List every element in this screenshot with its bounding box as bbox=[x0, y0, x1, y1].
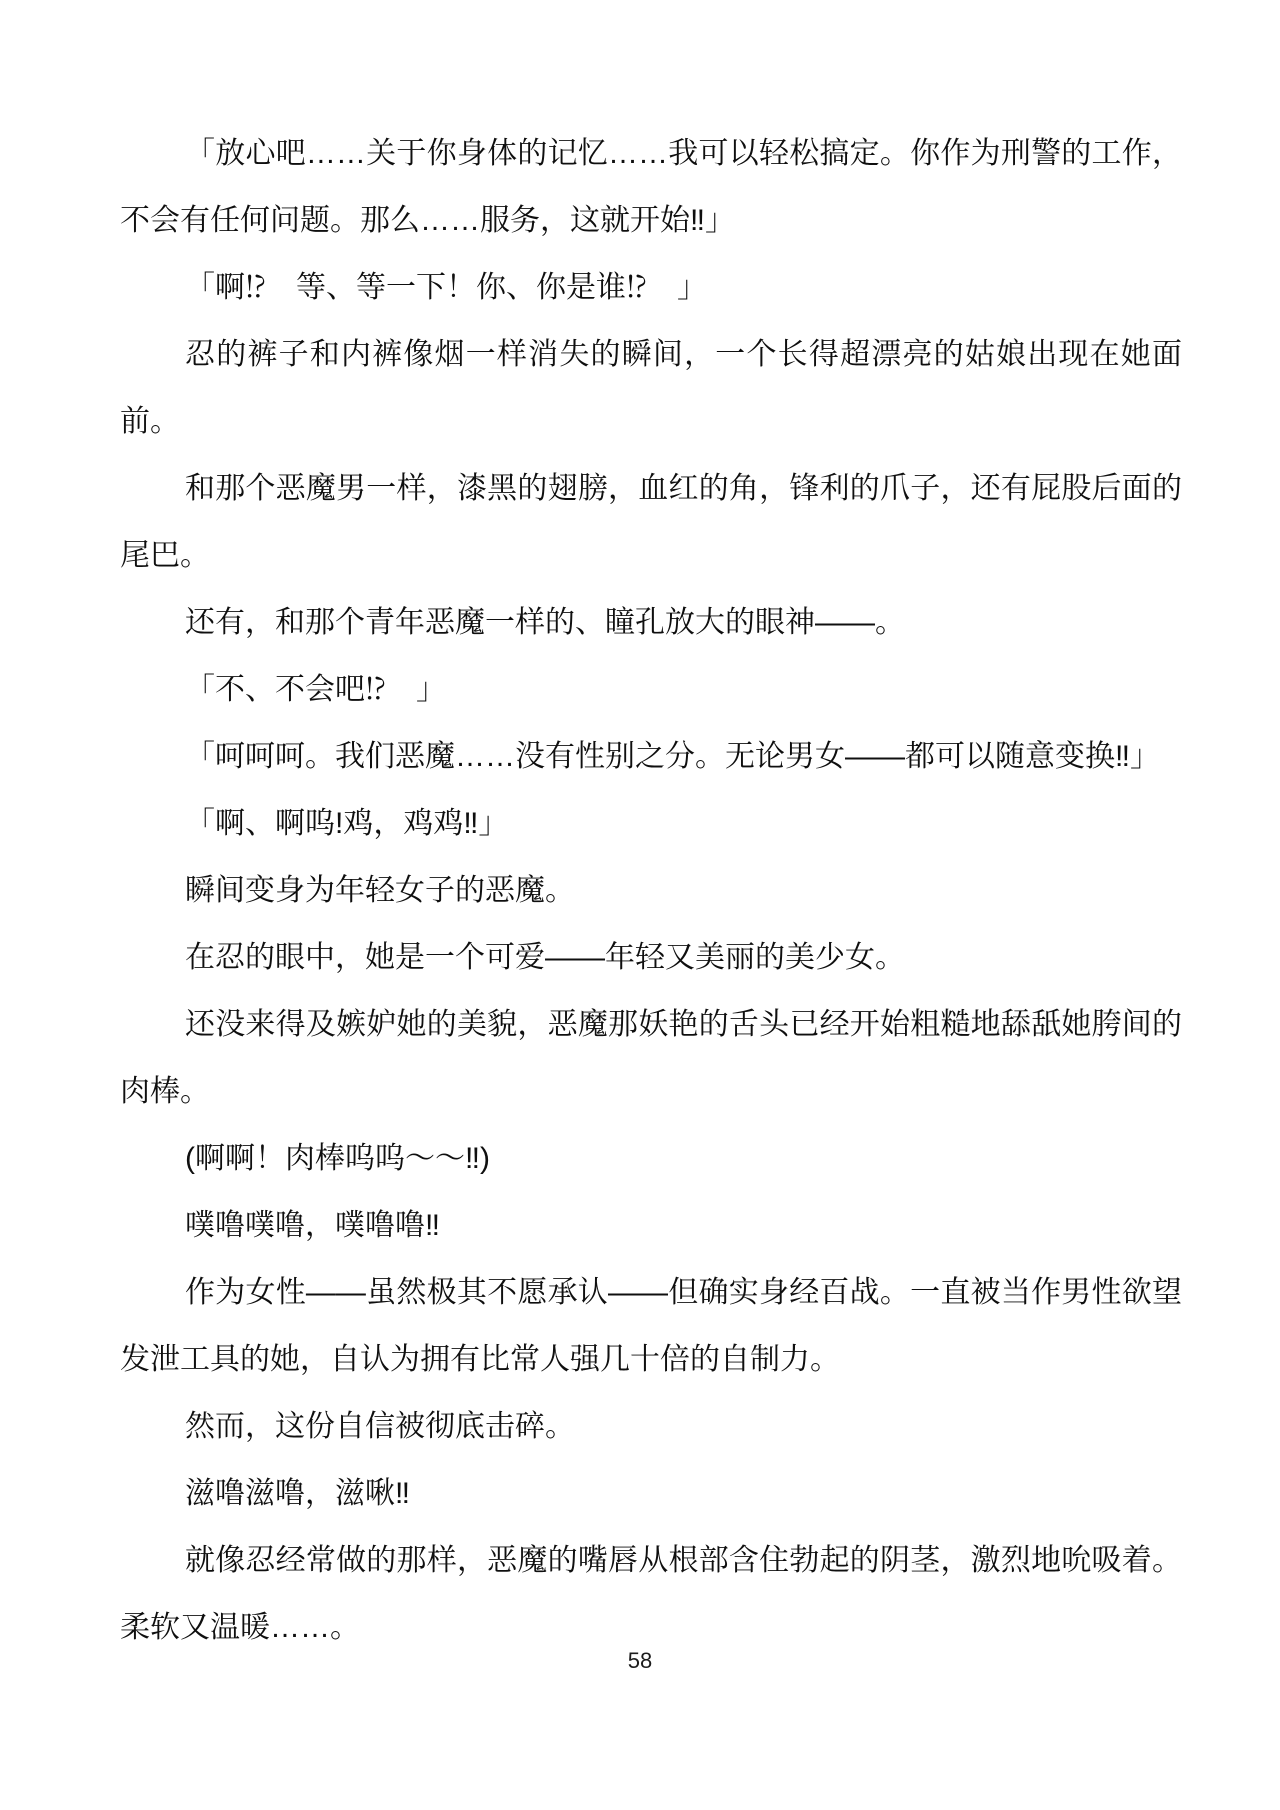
page-footer: 58 bbox=[0, 1648, 1280, 1674]
paragraph: 和那个恶魔男一样，漆黑的翅膀，血红的角，锋利的爪子，还有屁股后面的尾巴。 bbox=[120, 455, 1182, 589]
paragraph: 「啊、啊呜!鸡，鸡鸡‼」 bbox=[120, 790, 1182, 857]
paragraph: 「不、不会吧⁉ 」 bbox=[120, 656, 1182, 723]
novel-text-block: 「放心吧……关于你身体的记忆……我可以轻松搞定。你作为刑警的工作，不会有任何问题… bbox=[120, 120, 1182, 1661]
paragraph: (啊啊！肉棒呜呜～～‼) bbox=[120, 1125, 1182, 1192]
paragraph: 还没来得及嫉妒她的美貌，恶魔那妖艳的舌头已经开始粗糙地舔舐她胯间的肉棒。 bbox=[120, 991, 1182, 1125]
paragraph: 滋噜滋噜，滋啾‼ bbox=[120, 1460, 1182, 1527]
paragraph: 还有，和那个青年恶魔一样的、瞳孔放大的眼神——。 bbox=[120, 589, 1182, 656]
paragraph: 「放心吧……关于你身体的记忆……我可以轻松搞定。你作为刑警的工作，不会有任何问题… bbox=[120, 120, 1182, 254]
paragraph: 在忍的眼中，她是一个可爱——年轻又美丽的美少女。 bbox=[120, 924, 1182, 991]
paragraph: 噗噜噗噜，噗噜噜‼ bbox=[120, 1192, 1182, 1259]
page-number: 58 bbox=[628, 1648, 652, 1673]
paragraph: 就像忍经常做的那样，恶魔的嘴唇从根部含住勃起的阴茎，激烈地吮吸着。柔软又温暖……… bbox=[120, 1527, 1182, 1661]
paragraph: 然而，这份自信被彻底击碎。 bbox=[120, 1393, 1182, 1460]
paragraph: 忍的裤子和内裤像烟一样消失的瞬间，一个长得超漂亮的姑娘出现在她面前。 bbox=[120, 321, 1182, 455]
paragraph: 瞬间变身为年轻女子的恶魔。 bbox=[120, 857, 1182, 924]
paragraph: 作为女性——虽然极其不愿承认——但确实身经百战。一直被当作男性欲望发泄工具的她，… bbox=[120, 1259, 1182, 1393]
document-page: 「放心吧……关于你身体的记忆……我可以轻松搞定。你作为刑警的工作，不会有任何问题… bbox=[0, 0, 1280, 1810]
paragraph: 「呵呵呵。我们恶魔……没有性别之分。无论男女——都可以随意变换‼」 bbox=[120, 723, 1182, 790]
paragraph: 「啊⁉ 等、等一下！你、你是谁⁉ 」 bbox=[120, 254, 1182, 321]
